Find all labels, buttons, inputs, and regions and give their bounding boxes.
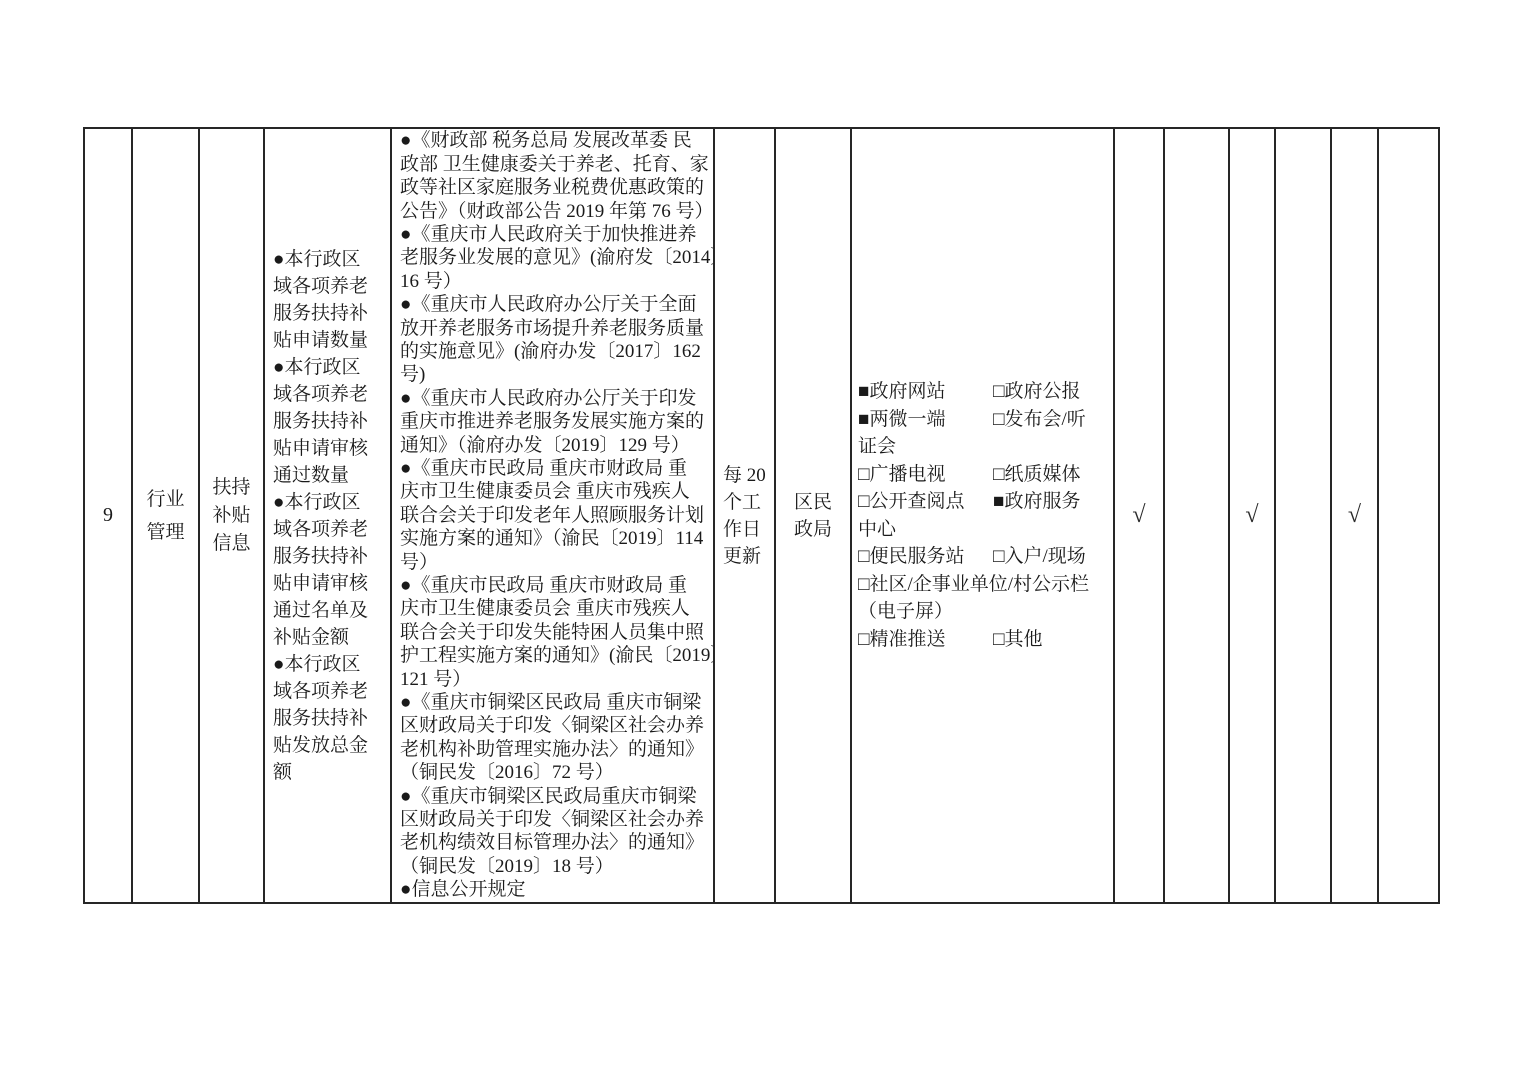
content-text-line: 贴申请审核 [273,435,368,462]
legal-text-line: 区财政局关于印发〈铜梁区社会办养 [400,714,704,737]
content-text-line: 贴发放总金 [273,732,368,759]
content-text-line: 通过名单及 [273,597,368,624]
legal-text-line: 的实施意见》(渝府办发〔2017〕162 [400,340,704,363]
channel-option: □发布会/听 [993,406,1086,434]
content-bullet-item: ●本行政区域各项养老服务扶持补贴申请数量 [273,246,368,354]
channel-option: □便民服务站 [858,543,993,571]
channel-line: □广播电视 □纸质媒体 [858,461,1080,489]
legal-document-item: ●《重庆市人民政府办公厅关于印发重庆市推进养老服务发展实施方案的通知》（渝府办发… [400,387,704,457]
legal-text-line: 区财政局关于印发〈铜梁区社会办养 [400,808,704,831]
channel-line: ■两微一端 □发布会/听 [858,406,1086,434]
subject-text-line: 政局 [794,516,832,543]
legal-text-line: 联合会关于印发失能特困人员集中照 [400,621,715,644]
cell-check-5: √ [1332,129,1379,902]
content-text-line: 服务扶持补 [273,705,368,732]
channel-line: □公开查阅点 ■政府服务 [858,488,1080,516]
cell-legal-basis: ●《财政部 税务总局 发展改革委 民政部 卫生健康委关于养老、托育、家政等社区家… [392,129,715,902]
legal-text-line: 号） [400,551,704,574]
content-text-line: 贴申请审核 [273,570,368,597]
channel-option: □精准推送 [858,626,993,654]
legal-text-line: 政等社区家庭服务业税费优惠政策的 [400,176,714,199]
channel-option: ■两微一端 [858,406,993,434]
legal-text-line: （铜民发〔2019〕18 号） [400,855,704,878]
legal-text-line: 老服务业发展的意见》(渝府发〔2014〕 [400,246,715,269]
frequency-text-line: 每 20 [723,462,766,489]
legal-text-line: 老机构绩效目标管理办法〉的通知》 [400,831,704,854]
legal-text-line: ●《重庆市民政局 重庆市财政局 重 [400,574,715,597]
legal-document-item: ●《重庆市民政局 重庆市财政局 重庆市卫生健康委员会 重庆市残疾人联合会关于印发… [400,457,704,574]
legal-text-line: ●《重庆市铜梁区民政局重庆市铜梁 [400,785,704,808]
content-text-line: 域各项养老 [273,678,368,705]
cell-check-1: √ [1115,129,1165,902]
cell-disclosure-subject: 区民政局 [776,129,852,902]
legal-document-item: ●《重庆市人民政府办公厅关于全面放开养老服务市场提升养老服务质量的实施意见》(渝… [400,293,704,387]
legal-text-line: 联合会关于印发老年人照顾服务计划 [400,504,704,527]
legal-text-line: 121 号） [400,668,715,691]
cell-update-frequency: 每 20个工作日更新 [715,129,776,902]
legal-text-line: 庆市卫生健康委员会 重庆市残疾人 [400,480,704,503]
frequency-text-line: 更新 [723,543,761,570]
legal-text-line: 公告》（财政部公告 2019 年第 76 号） [400,200,714,223]
serial-number: 9 [103,502,113,529]
channel-option: □社区/企事业单位/村公示栏 [858,571,1089,599]
cell-disclosure-channels: ■政府网站 □政府公报 ■两微一端 □发布会/听 证会 □广播电视 □纸质媒体 [852,129,1115,902]
legal-text-line: 通知》（渝府办发〔2019〕129 号） [400,434,704,457]
category-text-line: 行业 [146,483,184,516]
channel-line: ■政府网站 □政府公报 [858,378,1080,406]
legal-text-line: 政部 卫生健康委关于养老、托育、家 [400,153,714,176]
channel-option: □公开查阅点 [858,488,993,516]
legal-text-line: 号) [400,363,704,386]
legal-text-line: ●《财政部 税务总局 发展改革委 民 [400,129,714,152]
legal-text-line: ●《重庆市人民政府关于加快推进养 [400,223,715,246]
disclosure-table: 9 行业管理 扶持补贴信息 ●本行政区域各项养老服务扶持补贴申请数量 ●本行政区… [83,127,1440,904]
legal-text-line: 老机构补助管理实施办法〉的通知》 [400,738,704,761]
content-bullet-item: ●本行政区域各项养老服务扶持补贴发放总金额 [273,651,368,786]
channel-option: 证会 [858,433,993,461]
channel-line: □便民服务站 □入户/现场 [858,543,1086,571]
legal-document-item: ●信息公开规定 [400,878,525,901]
legal-document-item: ●《财政部 税务总局 发展改革委 民政部 卫生健康委关于养老、托育、家政等社区家… [400,129,714,223]
channel-line: □社区/企事业单位/村公示栏 [858,571,1089,599]
cell-disclosure-content: ●本行政区域各项养老服务扶持补贴申请数量 ●本行政区域各项养老服务扶持补贴申请审… [265,129,392,902]
content-text-line: 额 [273,759,368,786]
legal-document-item: ●《重庆市铜梁区民政局重庆市铜梁区财政局关于印发〈铜梁区社会办养老机构绩效目标管… [400,785,704,879]
legal-text-line: ●《重庆市铜梁区民政局 重庆市铜梁 [400,691,704,714]
check-mark: √ [1348,502,1361,529]
channel-line: □精准推送 □其他 [858,626,1042,654]
cell-serial-number: 9 [85,129,133,902]
legal-document-item: ●《重庆市铜梁区民政局 重庆市铜梁区财政局关于印发〈铜梁区社会办养老机构补助管理… [400,691,704,785]
content-text-line: 补贴金额 [273,624,368,651]
channel-option: □入户/现场 [993,543,1086,571]
content-text-line: 贴申请数量 [273,327,368,354]
content-text-line: ●本行政区 [273,651,368,678]
legal-document-item: ●《重庆市民政局 重庆市财政局 重庆市卫生健康委员会 重庆市残疾人联合会关于印发… [400,574,715,691]
channel-option: □广播电视 [858,461,993,489]
legal-text-line: 放开养老服务市场提升养老服务质量 [400,317,704,340]
channel-option: □纸质媒体 [993,461,1080,489]
content-bullet-item: ●本行政区域各项养老服务扶持补贴申请审核通过数量 [273,354,368,489]
content-text-line: 域各项养老 [273,381,368,408]
channel-option: 中心 [858,516,993,544]
content-text-line: ●本行政区 [273,489,368,516]
legal-text-line: 庆市卫生健康委员会 重庆市残疾人 [400,597,715,620]
cell-topic: 扶持补贴信息 [200,129,265,902]
channel-option: □其他 [993,626,1042,654]
legal-text-line: 实施方案的通知》（渝民〔2019〕114 [400,527,704,550]
category-text-line: 管理 [146,516,184,549]
legal-document-item: ●《重庆市人民政府关于加快推进养老服务业发展的意见》(渝府发〔2014〕16 号… [400,223,715,293]
legal-text-line: 护工程实施方案的通知》(渝民〔2019〕 [400,644,715,667]
document-page: 9 行业管理 扶持补贴信息 ●本行政区域各项养老服务扶持补贴申请数量 ●本行政区… [0,0,1520,1074]
content-text-line: 服务扶持补 [273,300,368,327]
frequency-text-line: 个工 [723,489,761,516]
check-mark: √ [1132,502,1145,529]
topic-text-line: 扶持 [212,474,250,502]
cell-category: 行业管理 [133,129,200,902]
legal-text-line: ●《重庆市民政局 重庆市财政局 重 [400,457,704,480]
content-text-line: 域各项养老 [273,273,368,300]
legal-text-line: ●《重庆市人民政府办公厅关于全面 [400,293,704,316]
legal-text-line: ●信息公开规定 [400,878,525,901]
channel-line: 中心 [858,516,993,544]
legal-text-line: ●《重庆市人民政府办公厅关于印发 [400,387,704,410]
legal-text-line: （铜民发〔2016〕72 号） [400,761,704,784]
content-text-line: 通过数量 [273,462,368,489]
topic-text-line: 补贴 [212,502,250,530]
content-text-line: 服务扶持补 [273,543,368,570]
cell-check-2 [1165,129,1230,902]
channel-option: ■政府服务 [993,488,1080,516]
channel-line: （电子屏） [858,598,993,626]
channel-line: 证会 [858,433,993,461]
channel-option: （电子屏） [858,598,993,626]
topic-text-line: 信息 [212,530,250,558]
cell-check-4 [1276,129,1332,902]
frequency-text-line: 作日 [723,516,761,543]
channel-option: ■政府网站 [858,378,993,406]
content-text-line: ●本行政区 [273,246,368,273]
content-bullet-item: ●本行政区域各项养老服务扶持补贴申请审核通过名单及补贴金额 [273,489,368,651]
content-text-line: 域各项养老 [273,516,368,543]
content-text-line: 服务扶持补 [273,408,368,435]
subject-text-line: 区民 [794,489,832,516]
legal-text-line: 16 号） [400,270,715,293]
content-text-line: ●本行政区 [273,354,368,381]
channel-option: □政府公报 [993,378,1080,406]
cell-check-3: √ [1230,129,1276,902]
legal-text-line: 重庆市推进养老服务发展实施方案的 [400,410,704,433]
cell-check-6 [1379,129,1438,902]
check-mark: √ [1245,502,1258,529]
